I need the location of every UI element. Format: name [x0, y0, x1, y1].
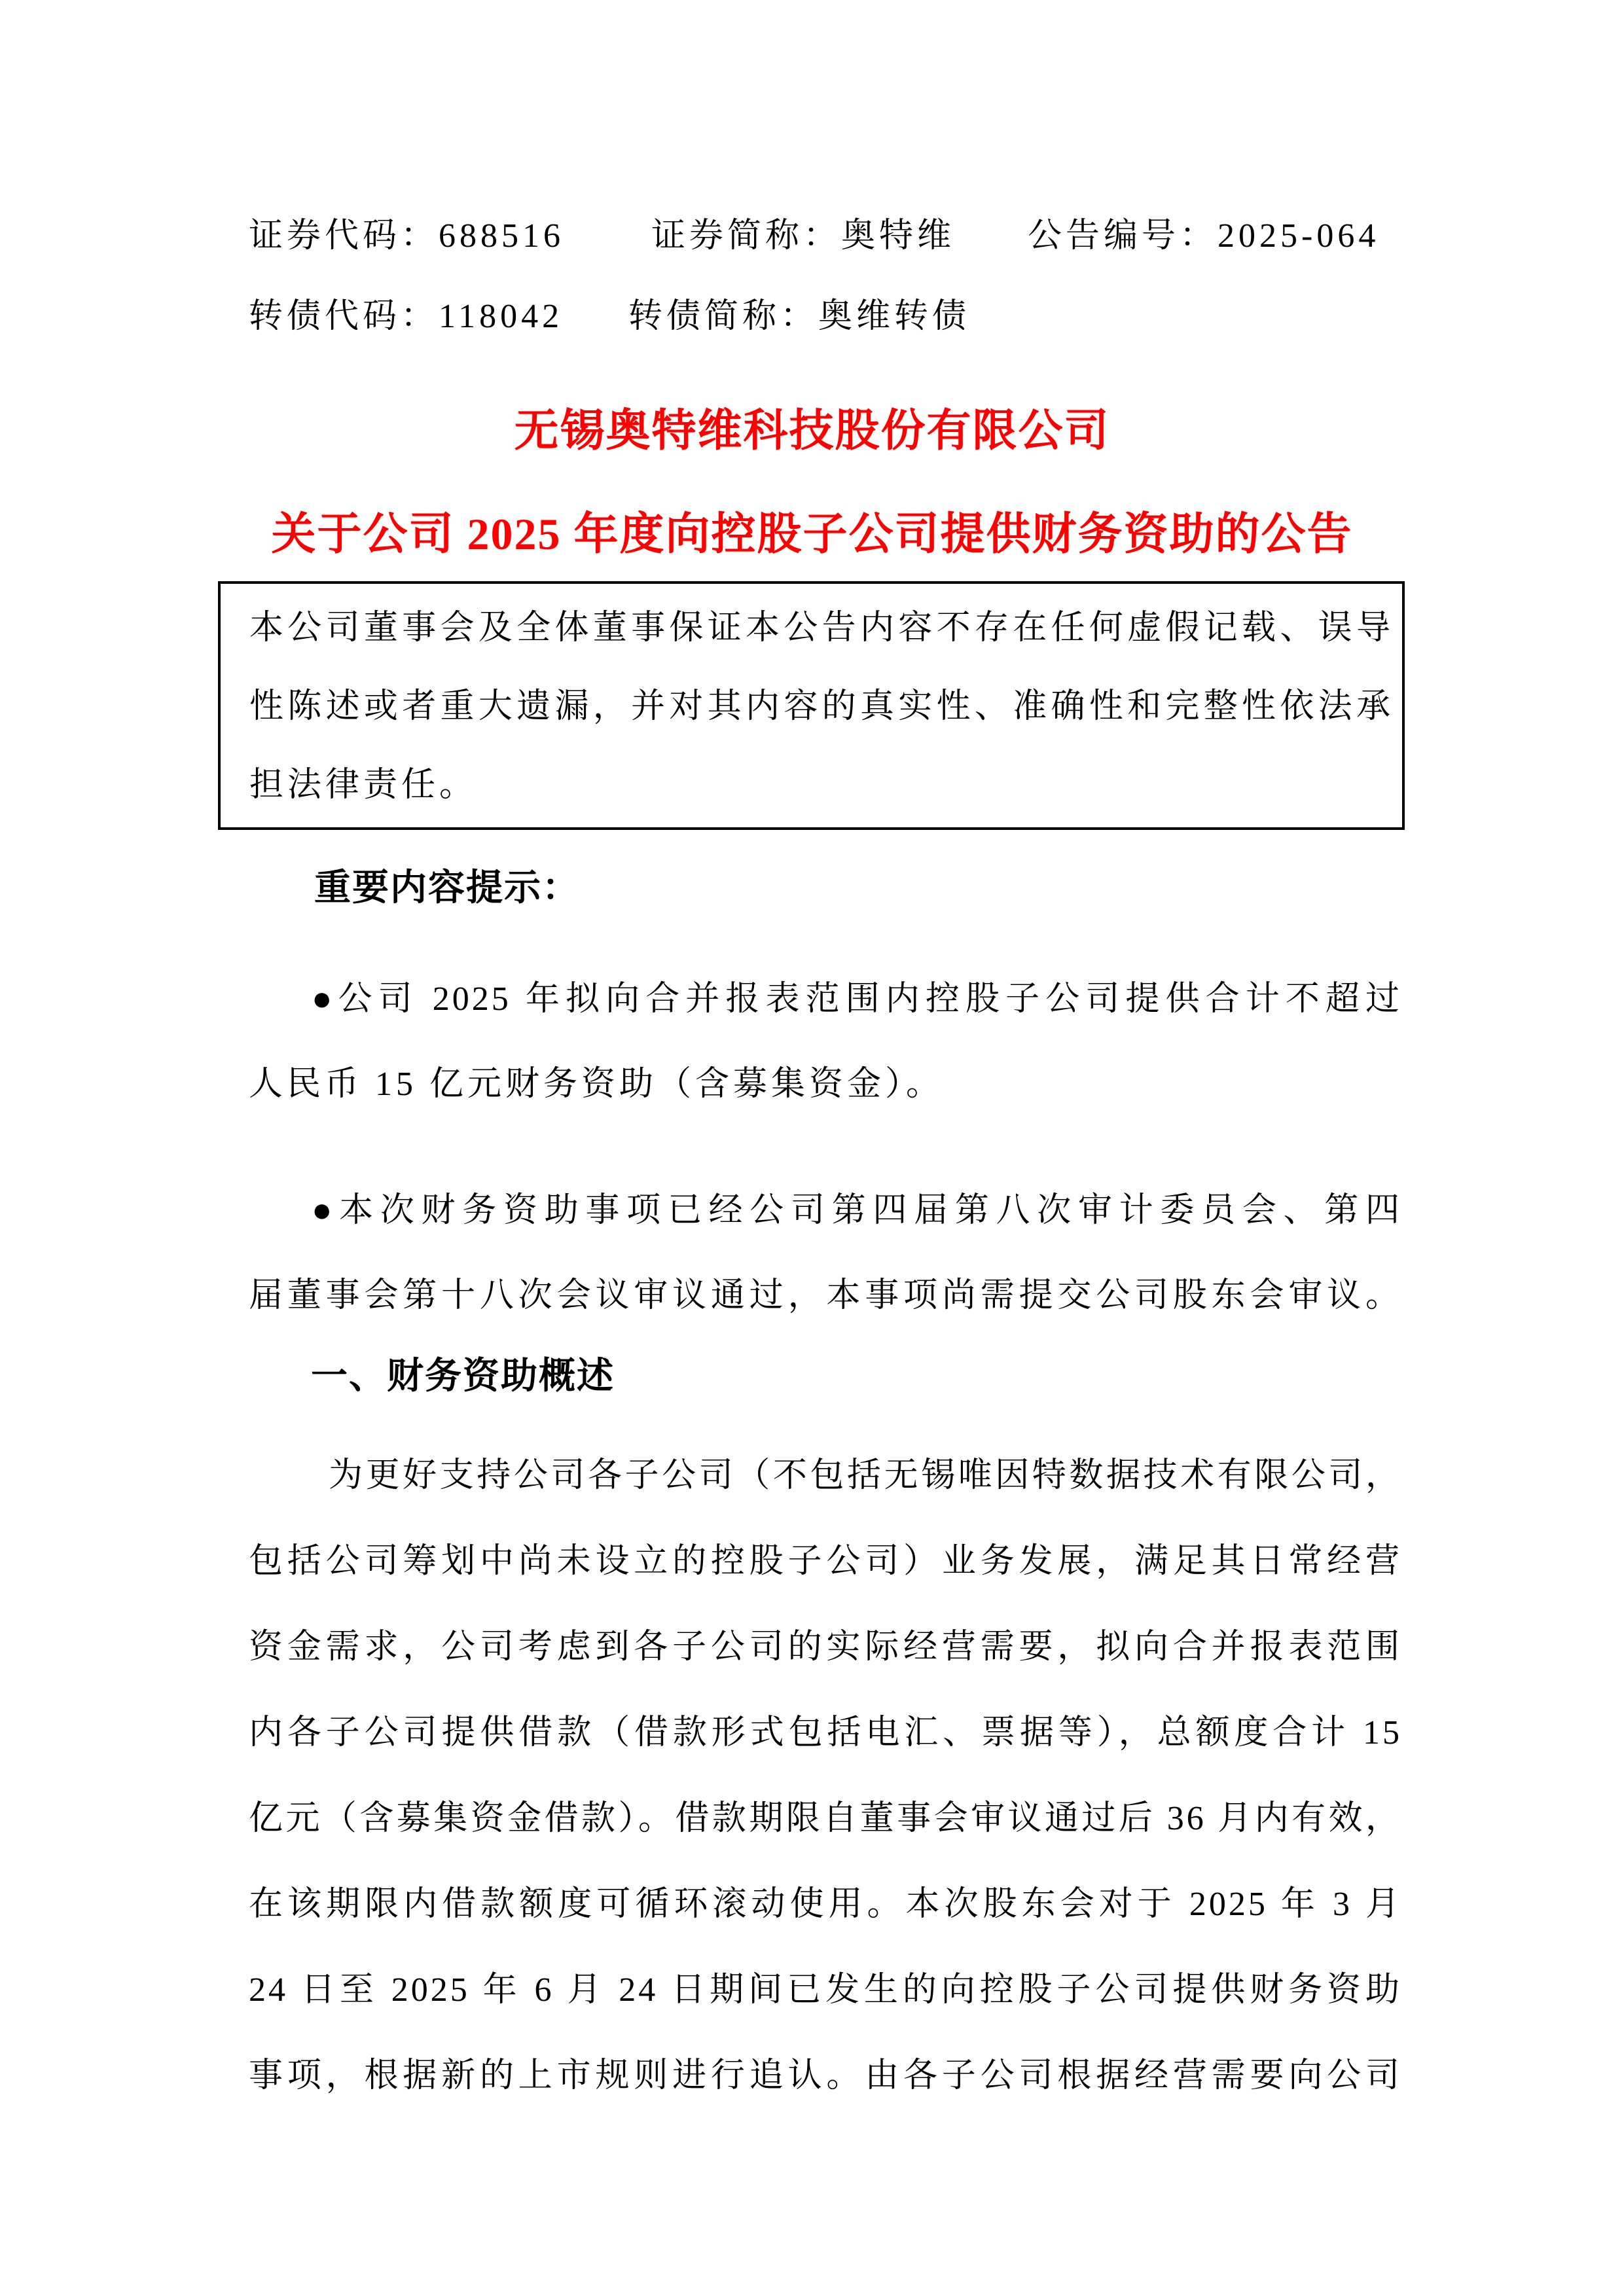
- announcement-title: 关于公司 2025 年度向控股子公司提供财务资助的公告: [0, 506, 1624, 562]
- announcement-number-label: 公告编号：2025-064: [1028, 215, 1379, 257]
- paragraph-line-8: 事项，根据新的上市规则进行追认。由各子公司根据经营需要向公司: [249, 2050, 1402, 2102]
- disclaimer-line-3: 担法律责任。: [249, 746, 1393, 825]
- section-1-heading: 一、财务资助概述: [311, 1354, 615, 1399]
- disclaimer-line-2: 性陈述或者重大遗漏，并对其内容的真实性、准确性和完整性依法承: [249, 668, 1393, 746]
- paragraph-line-6: 在该期限内借款额度可循环滚动使用。本次股东会对于 2025 年 3 月: [249, 1878, 1402, 1931]
- tip-bullet-1-line-1: ●公司 2025 年拟向合并报表范围内控股子公司提供合计不超过: [249, 973, 1402, 1026]
- bond-short-name-label: 转债简称：奥维转债: [628, 296, 970, 338]
- paragraph-line-5: 亿元（含募集资金借款）。借款期限自董事会审议通过后 36 月内有效，: [249, 1793, 1402, 1845]
- announcement-document-page: 证券代码：688516 证券简称：奥特维 公告编号：2025-064 转债代码：…: [0, 0, 1624, 2296]
- tip-bullet-2-line-1: ●本次财务资助事项已经公司第四届第八次审计委员会、第四: [249, 1185, 1402, 1237]
- disclaimer-box: 本公司董事会及全体董事保证本公告内容不存在任何虚假记载、误导 性陈述或者重大遗漏…: [218, 581, 1405, 830]
- paragraph-line-1: 为更好支持公司各子公司（不包括无锡唯因特数据技术有限公司，: [249, 1450, 1402, 1502]
- bond-code-label: 转债代码：118042: [249, 296, 563, 338]
- paragraph-line-7: 24 日至 2025 年 6 月 24 日期间已发生的向控股子公司提供财务资助: [249, 1964, 1402, 2017]
- important-tips-heading: 重要内容提示：: [314, 865, 580, 911]
- tip-bullet-1-line-2: 人民币 15 亿元财务资助（含募集资金）。: [249, 1058, 1402, 1111]
- stock-code-label: 证券代码：688516: [249, 215, 564, 257]
- paragraph-line-3: 资金需求，公司考虑到各子公司的实际经营需要，拟向合并报表范围: [249, 1621, 1402, 1674]
- disclaimer-line-1: 本公司董事会及全体董事保证本公告内容不存在任何虚假记载、误导: [249, 589, 1393, 668]
- paragraph-line-2: 包括公司筹划中尚未设立的控股子公司）业务发展，满足其日常经营: [249, 1535, 1402, 1588]
- tip-bullet-2-line-2: 届董事会第十八次会议审议通过，本事项尚需提交公司股东会审议。: [249, 1270, 1402, 1322]
- paragraph-line-4: 内各子公司提供借款（借款形式包括电汇、票据等），总额度合计 15: [249, 1707, 1402, 1759]
- company-name-title: 无锡奥特维科技股份有限公司: [0, 403, 1624, 459]
- stock-short-name-label: 证券简称：奥特维: [651, 215, 955, 257]
